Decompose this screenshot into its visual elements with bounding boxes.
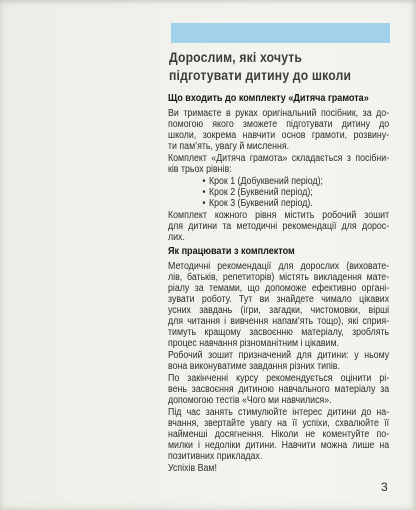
paragraph: Комплект кожного рівня містить робочий з… — [168, 210, 389, 243]
accent-bar — [171, 23, 390, 43]
text-line: милки і недоліки дитини. Навчити можна л… — [168, 440, 389, 451]
text-line: вона виконуватиме завдання різних типів. — [168, 361, 389, 372]
bullet-item: •Крок 2 (Буквений період); — [168, 187, 389, 198]
bullet-item: •Крок 3 (Буквений період). — [168, 198, 389, 209]
text-line: ріалу за темами, що допоможе ефективно о… — [168, 283, 389, 294]
paragraph: Ви тримаєте в руках оригінальний посібни… — [168, 108, 389, 152]
text-line: для дитини та методичні рекомендації для… — [168, 221, 389, 232]
text-line: процес навчання різноманітним і цікавим. — [168, 338, 389, 349]
text-line: усних завдань (ігри, загадки, чистомовки… — [168, 305, 389, 316]
text-line: Робочий зошит призначений для дитини: у … — [168, 350, 389, 361]
bullet-item: •Крок 1 (Добуквений період); — [168, 176, 389, 187]
text-line: лих. — [168, 232, 389, 243]
paragraph: Робочий зошит призначений для дитини: у … — [168, 350, 389, 372]
text-line: Комплект кожного рівня містить робочий з… — [168, 210, 389, 221]
text-line: Ви тримаєте в руках оригінальний посібни… — [168, 108, 389, 119]
text-line: зувати роботу. Тут ви знайдете чимало ці… — [168, 294, 389, 305]
bullet-icon: • — [202, 176, 205, 187]
text-line: лів, батьків, репетиторів) містять викла… — [168, 272, 389, 283]
text-line: Методичні рекомендації для дорослих (вих… — [168, 261, 389, 272]
paragraph: Комплект «Дитяча грамота» складається з … — [168, 153, 389, 175]
bullet-item-label: Крок 2 (Буквений період); — [209, 187, 313, 198]
page-title-line-2: підготувати дитину до школи — [169, 67, 385, 85]
book-page: Дорослим, які хочуть підготувати дитину … — [0, 0, 416, 510]
text-line: По закінченні курсу рекомендується оціни… — [168, 373, 389, 384]
text-line: для читання і вивчення напам’ять тощо), … — [168, 316, 389, 327]
bullet-icon: • — [202, 187, 205, 198]
text-line: Комплект «Дитяча грамота» складається з … — [168, 153, 389, 164]
text-line: помогою якого зможете підготувати дитину… — [168, 119, 389, 130]
content-column: Що входить до комплекту «Дитяча грамота»… — [168, 93, 389, 475]
text-line: ків трьох рівнів: — [168, 164, 389, 175]
text-line: вень засвоєння дитиною навчального матер… — [168, 384, 389, 395]
text-line: Під час занять стимулюйте інтерес дитини… — [168, 407, 389, 418]
section-heading: Що входить до комплекту «Дитяча грамота» — [168, 93, 389, 105]
bullet-list: •Крок 1 (Добуквений період);•Крок 2 (Бук… — [168, 176, 389, 209]
text-line: школи, зокрема навчити основ грамоти, ро… — [168, 130, 389, 141]
paragraph: По закінченні курсу рекомендується оціни… — [168, 373, 389, 406]
section-heading: Як працювати з комплектом — [168, 246, 389, 258]
text-line: вчання, звертайте увагу на її успіхи, сх… — [168, 418, 389, 429]
bullet-item-label: Крок 1 (Добуквений період); — [209, 176, 323, 187]
text-line: позитивних прикладах. — [168, 451, 389, 462]
paragraph: Успіхів Вам! — [168, 463, 389, 474]
text-line: тимуть кращому засвоєнню матеріалу, зроб… — [168, 327, 389, 338]
page-title: Дорослим, які хочуть підготувати дитину … — [169, 49, 385, 85]
text-line: допомогою тестів «Чого ми навчилися». — [168, 395, 389, 406]
bullet-icon: • — [202, 198, 205, 209]
page-title-line-1: Дорослим, які хочуть — [169, 49, 385, 67]
text-line: ти пам’ять, увагу й мислення. — [168, 141, 389, 152]
text-line: Успіхів Вам! — [168, 463, 389, 474]
bullet-item-label: Крок 3 (Буквений період). — [209, 198, 313, 209]
page-number: 3 — [381, 481, 388, 494]
paragraph: Методичні рекомендації для дорослих (вих… — [168, 261, 389, 349]
paragraph: Під час занять стимулюйте інтерес дитини… — [168, 407, 389, 462]
text-line: найменші досягнення. Ніколи не коментуйт… — [168, 429, 389, 440]
